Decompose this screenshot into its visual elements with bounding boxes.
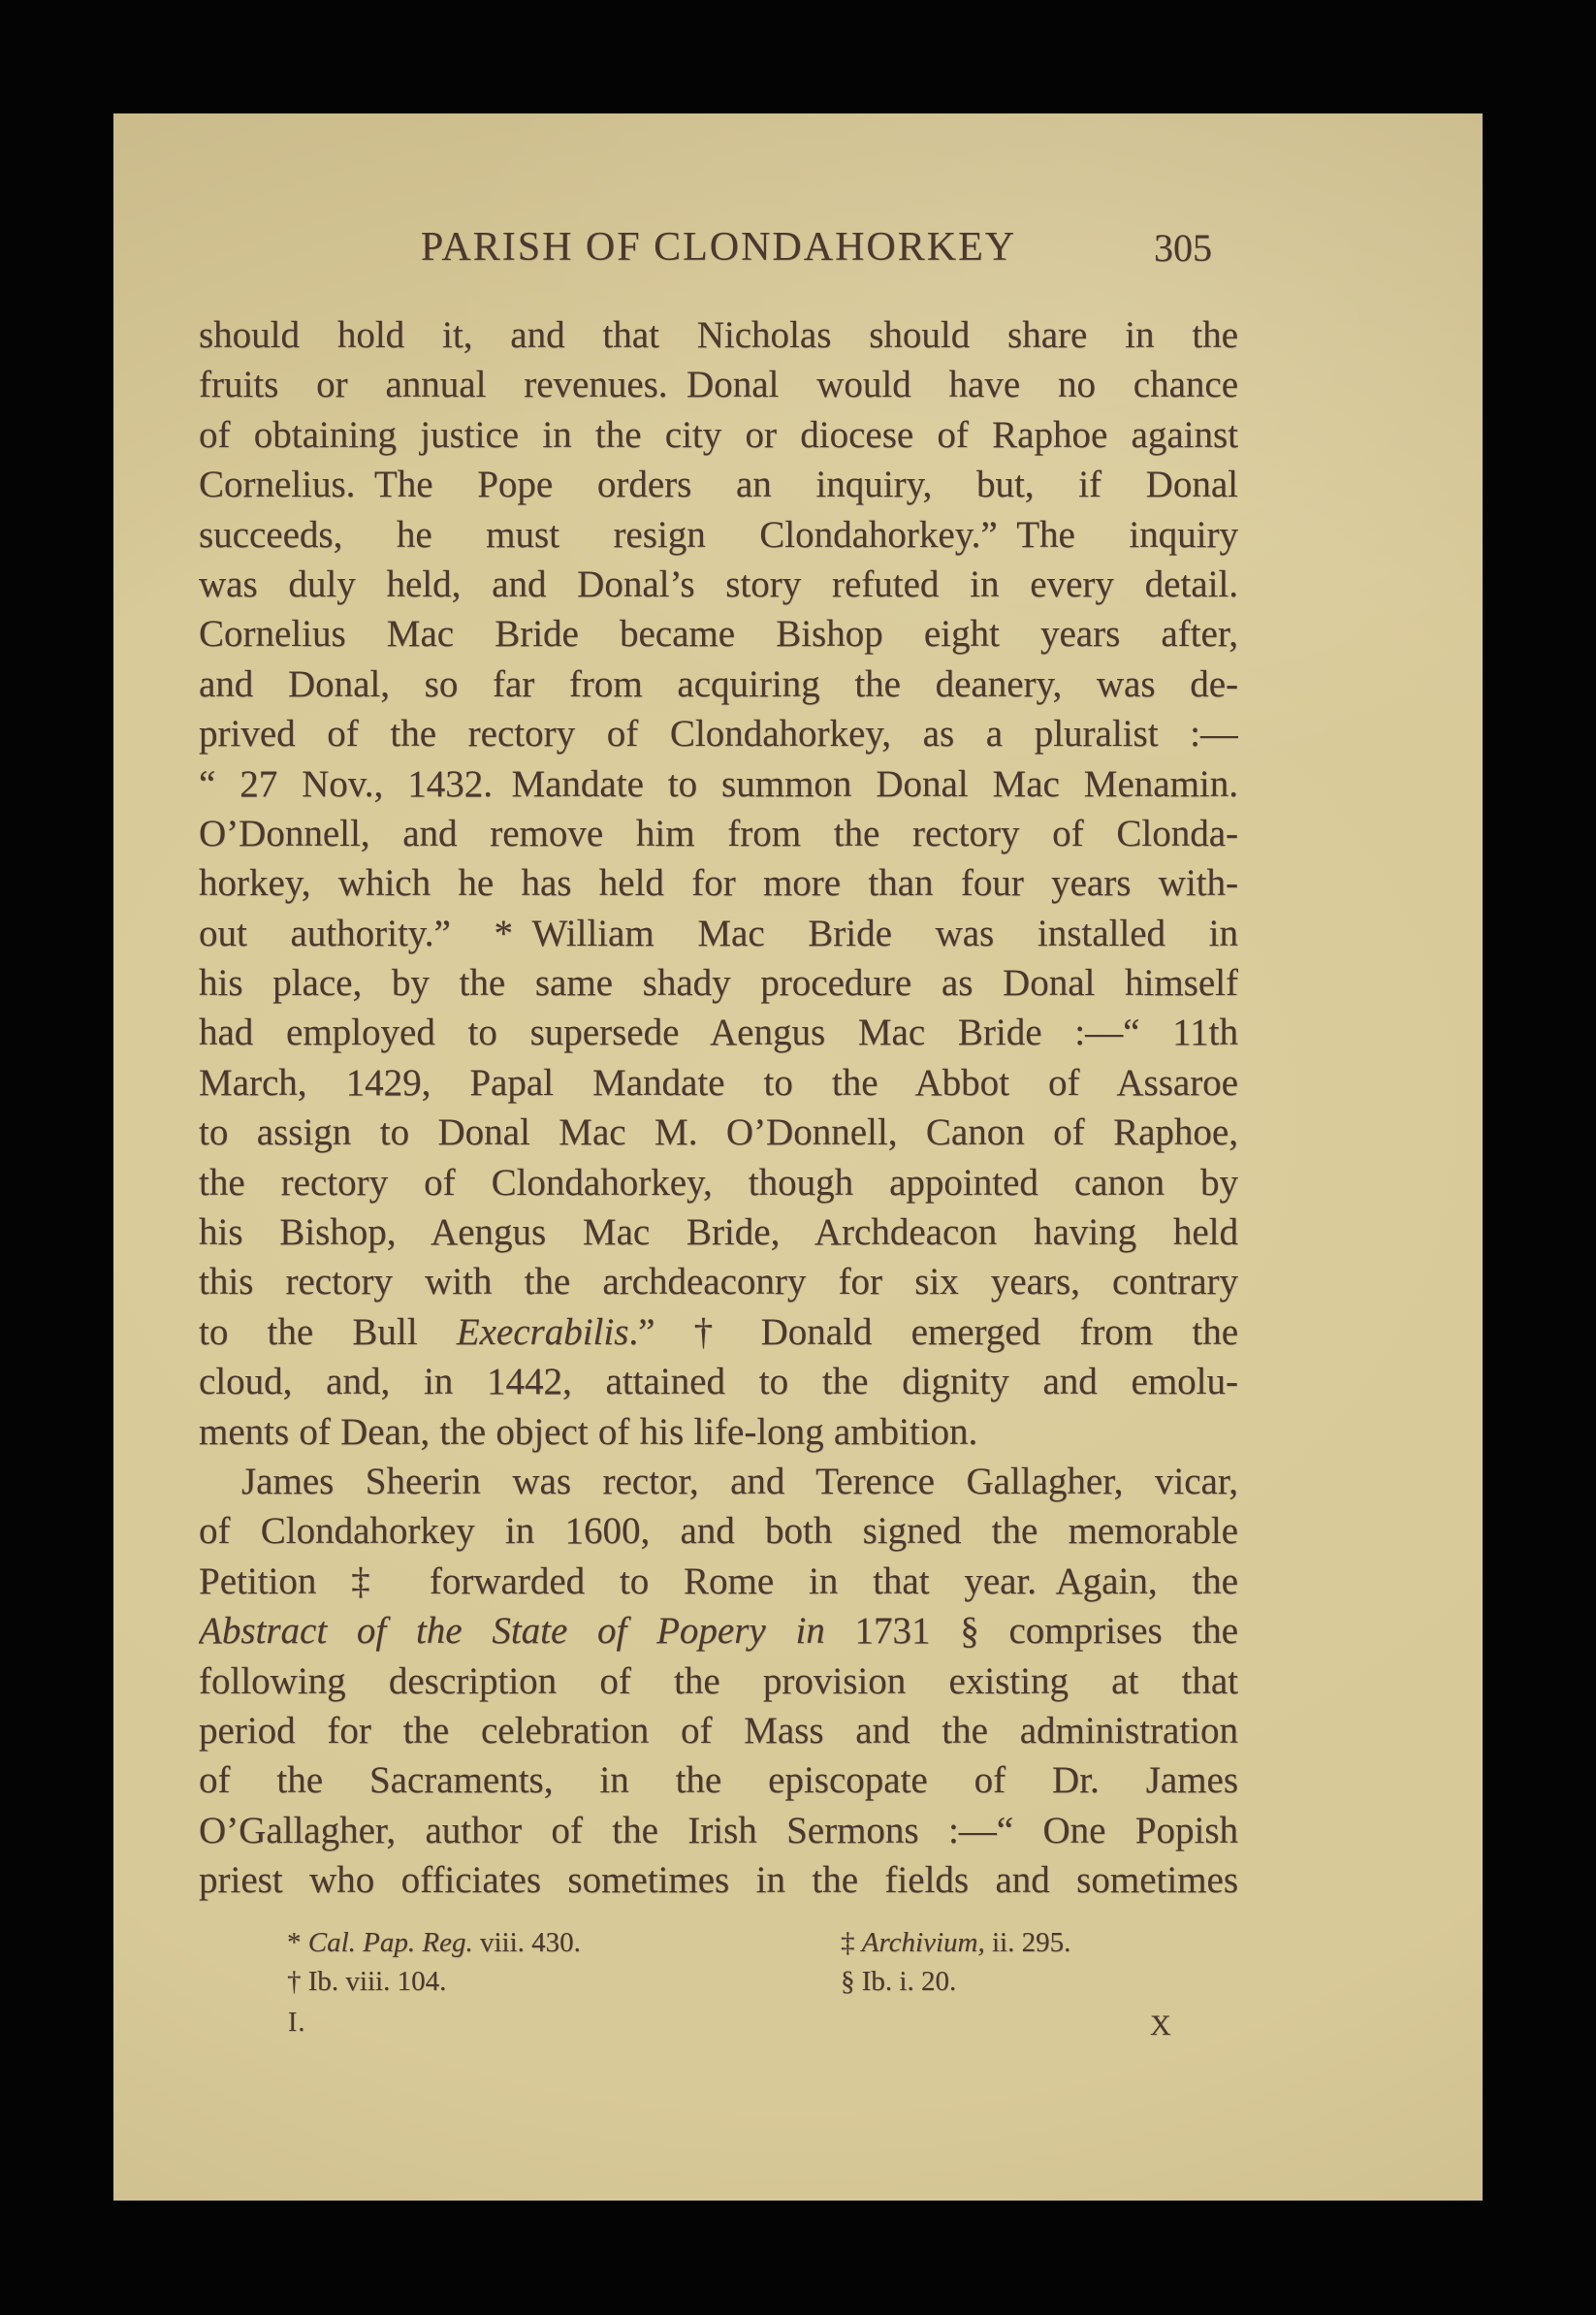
body-text-line: of Clondahorkey in 1600, and both signed…	[199, 1506, 1238, 1556]
body-text-line: following description of the provision e…	[199, 1656, 1238, 1706]
text-segment: of obtaining justice in the city or dioc…	[199, 414, 1238, 456]
text-segment: Cornelius. The Pope orders an inquiry, b…	[199, 464, 1238, 505]
body-text: should hold it, and that Nicholas should…	[199, 310, 1238, 1906]
text-segment: O’Gallagher, author of the Irish Sermons…	[199, 1810, 1238, 1851]
body-text-line: James Sheerin was rector, and Terence Ga…	[199, 1457, 1238, 1506]
body-text-line: March, 1429, Papal Mandate to the Abbot …	[199, 1058, 1238, 1108]
body-text-line: of the Sacraments, in the episcopate of …	[199, 1755, 1238, 1805]
body-text-line: “ 27 Nov., 1432. Mandate to summon Donal…	[199, 759, 1238, 809]
text-segment: O’Donnell, and remove him from the recto…	[199, 813, 1238, 854]
text-segment: following description of the provision e…	[199, 1660, 1238, 1702]
body-text-line: prived of the rectory of Clondahorkey, a…	[199, 709, 1238, 758]
text-segment: Petition ‡ forwarded to Rome in that yea…	[199, 1560, 1238, 1602]
italic-text: Execrabilis	[457, 1311, 629, 1353]
body-text-line: fruits or annual revenues. Donal would h…	[199, 360, 1238, 409]
body-text-line: to assign to Donal Mac M. O’Donnell, Can…	[199, 1108, 1238, 1157]
footnote-line: * Cal. Pap. Reg. viii. 430.	[287, 1923, 581, 1962]
text-segment: out authority.” * William Mac Bride was …	[199, 913, 1238, 954]
body-text-line: Cornelius Mac Bride became Bishop eight …	[199, 609, 1238, 659]
footnote-line: § Ib. i. 20.	[841, 1962, 1070, 2001]
body-text-line: priest who officiates sometimes in the f…	[199, 1855, 1238, 1905]
body-text-line: was duly held, and Donal’s story refuted…	[199, 560, 1238, 609]
page-header-title: PARISH OF CLONDAHORKEY	[199, 224, 1238, 271]
text-segment: Cornelius Mac Bride became Bishop eight …	[199, 613, 1238, 655]
page-number: 305	[1154, 226, 1212, 271]
body-text-line: succeeds, he must resign Clondahorkey.” …	[199, 510, 1238, 560]
body-text-line: O’Gallagher, author of the Irish Sermons…	[199, 1806, 1238, 1855]
footnote-line: † Ib. viii. 104.	[287, 1962, 581, 2001]
text-segment: period for the celebration of Mass and t…	[199, 1710, 1238, 1752]
body-text-line: to the Bull Execrabilis.” † Donald emerg…	[199, 1307, 1238, 1357]
scan-background: { "scan": { "background_color": "#040404…	[0, 0, 1596, 2315]
text-segment: succeeds, he must resign Clondahorkey.” …	[199, 514, 1238, 556]
text-segment: fruits or annual revenues. Donal would h…	[199, 364, 1238, 405]
text-segment: § Ib. i. 20.	[841, 1966, 956, 1997]
text-segment: ii. 295.	[985, 1927, 1071, 1958]
body-text-line: cloud, and, in 1442, attained to the dig…	[199, 1357, 1238, 1406]
footnote-column-left: * Cal. Pap. Reg. viii. 430.† Ib. viii. 1…	[287, 1923, 581, 2001]
body-text-line: O’Donnell, and remove him from the recto…	[199, 809, 1238, 858]
text-segment: .” † Donald emerged from the	[628, 1311, 1238, 1353]
text-segment: viii. 430.	[473, 1927, 581, 1958]
italic-text: Abstract of the State of Popery in	[199, 1610, 825, 1652]
text-segment: † Ib. viii. 104.	[287, 1966, 446, 1997]
text-segment: horkey, which he has held for more than …	[199, 862, 1238, 904]
body-text-line: should hold it, and that Nicholas should…	[199, 310, 1238, 360]
text-segment: to assign to Donal Mac M. O’Donnell, Can…	[199, 1111, 1238, 1153]
text-segment: should hold it, and that Nicholas should…	[199, 314, 1238, 356]
signature-mark-left: I.	[288, 2007, 305, 2040]
body-text-line: had employed to supersede Aengus Mac Bri…	[199, 1008, 1238, 1057]
text-segment: to the Bull	[199, 1311, 457, 1353]
text-segment: 1731 § comprises the	[825, 1610, 1238, 1652]
italic-text: Cal. Pap. Reg.	[308, 1927, 473, 1958]
text-segment: and Donal, so far from acquiring the dea…	[199, 663, 1238, 705]
body-text-line: Cornelius. The Pope orders an inquiry, b…	[199, 460, 1238, 509]
text-segment: had employed to supersede Aengus Mac Bri…	[199, 1012, 1238, 1053]
footnote-line: ‡ Archivium, ii. 295.	[841, 1923, 1070, 1962]
text-segment: “ 27 Nov., 1432. Mandate to summon Donal…	[199, 763, 1238, 805]
body-text-line: his Bishop, Aengus Mac Bride, Archdeacon…	[199, 1207, 1238, 1257]
text-segment: priest who officiates sometimes in the f…	[199, 1859, 1238, 1901]
text-segment: of Clondahorkey in 1600, and both signed…	[199, 1510, 1238, 1552]
body-text-line: and Donal, so far from acquiring the dea…	[199, 659, 1238, 709]
text-segment: was duly held, and Donal’s story refuted…	[199, 563, 1238, 605]
body-text-line: Abstract of the State of Popery in 1731 …	[199, 1606, 1238, 1656]
text-segment: his Bishop, Aengus Mac Bride, Archdeacon…	[199, 1211, 1238, 1253]
italic-text: Archivium,	[862, 1927, 985, 1958]
footnotes: * Cal. Pap. Reg. viii. 430.† Ib. viii. 1…	[199, 1923, 1238, 2010]
body-text-line: this rectory with the archdeaconry for s…	[199, 1257, 1238, 1306]
text-segment: March, 1429, Papal Mandate to the Abbot …	[199, 1062, 1238, 1104]
book-page: PARISH OF CLONDAHORKEY 305 should hold i…	[113, 113, 1483, 2201]
signature-mark-right: X	[1150, 2009, 1171, 2043]
text-segment: of the Sacraments, in the episcopate of …	[199, 1759, 1238, 1801]
text-segment: *	[287, 1927, 308, 1958]
text-segment: his place, by the same shady procedure a…	[199, 962, 1238, 1004]
text-segment: ‡	[841, 1927, 862, 1958]
text-segment: James Sheerin was rector, and Terence Ga…	[241, 1461, 1238, 1502]
body-text-line: horkey, which he has held for more than …	[199, 858, 1238, 908]
body-text-line: his place, by the same shady procedure a…	[199, 958, 1238, 1008]
body-text-line: the rectory of Clondahorkey, though appo…	[199, 1158, 1238, 1207]
body-text-line: of obtaining justice in the city or dioc…	[199, 410, 1238, 460]
body-text-line: out authority.” * William Mac Bride was …	[199, 909, 1238, 958]
text-segment: cloud, and, in 1442, attained to the dig…	[199, 1361, 1238, 1402]
text-segment: ments of Dean, the object of his life-lo…	[199, 1411, 977, 1453]
text-segment: the rectory of Clondahorkey, though appo…	[199, 1162, 1238, 1204]
body-text-line: Petition ‡ forwarded to Rome in that yea…	[199, 1557, 1238, 1606]
footnote-column-right: ‡ Archivium, ii. 295.§ Ib. i. 20.	[841, 1923, 1070, 2001]
text-segment: this rectory with the archdeaconry for s…	[199, 1261, 1238, 1302]
body-text-line: period for the celebration of Mass and t…	[199, 1706, 1238, 1755]
body-text-line: ments of Dean, the object of his life-lo…	[199, 1407, 1238, 1457]
text-segment: prived of the rectory of Clondahorkey, a…	[199, 713, 1238, 755]
